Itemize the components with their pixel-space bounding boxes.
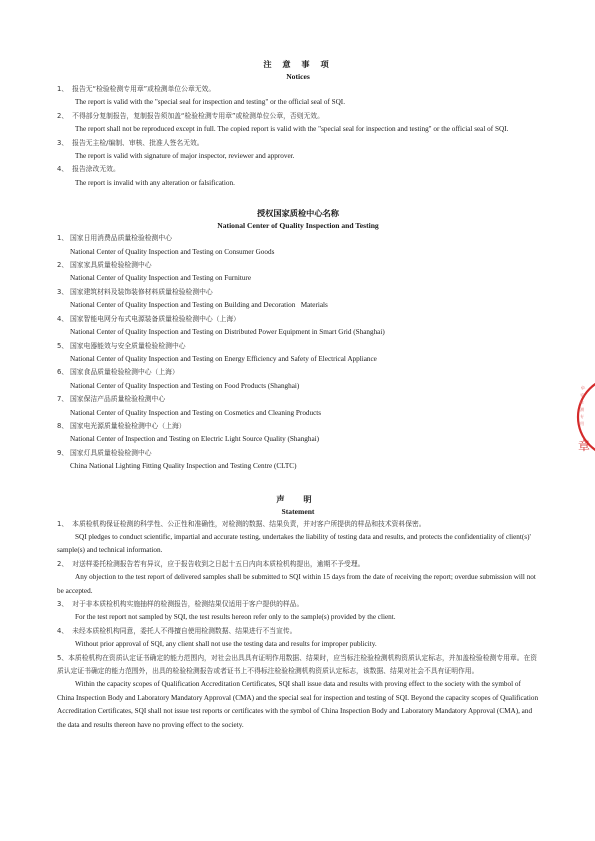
center-name-en: National Center of Quality Inspection an…	[57, 299, 539, 312]
statement-item: 5、本质检机构在资质认定证书确定的能力范围内，对社会出具具有证明作用数据、结果时…	[57, 652, 539, 732]
center-number: 1、	[57, 232, 70, 245]
statement-item: 4、 未经本质检机构同意，委托人不得擅自使用检测数据、结果进行不当宣传。 Wit…	[57, 625, 539, 652]
notices-section: 注 意 事 项 Notices 1、 报告无“检验检测专用章”或检测单位公章无效…	[57, 58, 539, 190]
center-item: 8、国家电光源质量检验检测中心（上海） National Center of I…	[57, 420, 539, 447]
section-spacer	[57, 190, 539, 207]
notice-text-cn: 报告无“检验检测专用章”或检测单位公章无效。	[72, 85, 215, 93]
notice-item: 2、 不得部分复制报告，复制报告须加盖“检验检测专用章”或检测单位公章，否则无效…	[57, 110, 539, 137]
statement-text-en: Any objection to the test report of deli…	[57, 571, 539, 598]
center-name-cn: 国家灯具质量检验检测中心	[70, 449, 152, 457]
center-number: 9、	[57, 447, 70, 460]
svg-text:用: 用	[580, 420, 584, 426]
statement-number: 3、	[57, 598, 70, 611]
center-number: 5、	[57, 340, 70, 353]
center-name-en: National Center of Quality Inspection an…	[57, 246, 539, 259]
center-item: 3、国家建筑材料及装饰装修材料质量检验检测中心 National Center …	[57, 286, 539, 313]
center-name-en: China National Lighting Fitting Quality …	[57, 460, 539, 473]
statement-text-en: For the test report not sampled by SQI, …	[57, 611, 539, 624]
center-item: 6、国家食品质量检验检测中心（上海） National Center of Qu…	[57, 366, 539, 393]
svg-text:验: 验	[579, 391, 585, 398]
section-spacer	[57, 474, 539, 493]
notice-text-en: The report shall not be reproduced excep…	[57, 123, 539, 136]
statement-number: 4、	[57, 625, 70, 638]
svg-text:测: 测	[580, 406, 584, 412]
statement-text-cn: 未经本质检机构同意，委托人不得擅自使用检测数据、结果进行不当宣传。	[72, 627, 296, 635]
center-name-cn: 国家日用消费品质量检验检测中心	[70, 234, 172, 242]
statement-text-en: SQI pledges to conduct scientific, impar…	[57, 531, 539, 558]
center-item: 7、国家保洁产品质量检验检测中心 National Center of Qual…	[57, 393, 539, 420]
center-item: 1、国家日用消费品质量检验检测中心 National Center of Qua…	[57, 232, 539, 259]
statement-text-en: Within the capacity scopes of Qualificat…	[57, 678, 539, 732]
center-number: 6、	[57, 366, 70, 379]
svg-text:检: 检	[579, 398, 584, 405]
center-name-en: National Center of Quality Inspection an…	[57, 326, 539, 339]
statement-section: 声 明 Statement 1、 本质检机构保证检测的科学性、公正性和准确性，对…	[57, 493, 539, 733]
center-name-en: National Center of Quality Inspection an…	[57, 407, 539, 420]
statement-text-cn: 对于非本质检机构实施抽样的检测报告，检测结果仅适用于客户提供的样品。	[72, 600, 303, 608]
notice-number: 2、	[57, 110, 70, 123]
notice-number: 3、	[57, 137, 70, 150]
center-name-cn: 国家家具质量检验检测中心	[70, 261, 152, 269]
statement-item: 1、 本质检机构保证检测的科学性、公正性和准确性，对检测的数据、结果负责，并对客…	[57, 518, 539, 558]
statement-text-en: Without prior approval of SQI, any clien…	[57, 638, 539, 651]
statement-text-cn: 本质检机构在资质认定证书确定的能力范围内，对社会出具具有证明作用数据、结果时，应…	[57, 654, 537, 675]
notice-item: 4、 报告涂改无效。 The report is invalid with an…	[57, 163, 539, 190]
seal-char: 章	[578, 438, 590, 453]
notice-text-cn: 不得部分复制报告，复制报告须加盖“检验检测专用章”或检测单位公章，否则无效。	[72, 112, 324, 120]
center-name-en: National Center of Quality Inspection an…	[57, 272, 539, 285]
statement-number: 2、	[57, 558, 70, 571]
center-item: 2、国家家具质量检验检测中心 National Center of Qualit…	[57, 259, 539, 286]
center-name-en: National Center of Inspection and Testin…	[57, 433, 539, 446]
center-name-cn: 国家智能电网分布式电源装备质量检验检测中心（上海）	[70, 315, 240, 323]
statement-text-cn: 对送样委托检测报告若有异议，应于报告收到之日起十五日内向本质检机构提出，逾期不予…	[72, 560, 364, 568]
statement-item: 2、 对送样委托检测报告若有异议，应于报告收到之日起十五日内向本质检机构提出，逾…	[57, 558, 539, 598]
center-number: 8、	[57, 420, 70, 433]
center-name-en: National Center of Quality Inspection an…	[57, 380, 539, 393]
center-item: 4、国家智能电网分布式电源装备质量检验检测中心（上海） National Cen…	[57, 313, 539, 340]
notice-item: 3、 报告无主检/编制、审核、批准人签名无效。 The report is va…	[57, 137, 539, 164]
statement-title-en: Statement	[57, 506, 539, 518]
center-number: 7、	[57, 393, 70, 406]
notice-text-cn: 报告无主检/编制、审核、批准人签名无效。	[72, 139, 203, 147]
centers-title-cn: 授权国家质检中心名称	[57, 207, 539, 220]
center-name-en: National Center of Quality Inspection an…	[57, 353, 539, 366]
svg-text:专: 专	[580, 413, 584, 419]
center-number: 3、	[57, 286, 70, 299]
center-name-cn: 国家电器能效与安全质量检验检测中心	[70, 342, 186, 350]
notice-number: 1、	[57, 83, 70, 96]
document-page: 注 意 事 项 Notices 1、 报告无“检验检测专用章”或检测单位公章无效…	[57, 58, 539, 732]
notices-title-en: Notices	[57, 71, 539, 83]
notice-text-en: The report is valid with the "special se…	[57, 96, 539, 109]
centers-section: 授权国家质检中心名称 National Center of Quality In…	[57, 207, 539, 473]
notice-item: 1、 报告无“检验检测专用章”或检测单位公章无效。 The report is …	[57, 83, 539, 110]
official-seal-stamp: 检 验 检 测 专 用 章	[576, 372, 595, 462]
centers-title-en: National Center of Quality Inspection an…	[57, 220, 539, 232]
center-name-cn: 国家食品质量检验检测中心（上海）	[70, 368, 179, 376]
center-name-cn: 国家建筑材料及装饰装修材料质量检验检测中心	[70, 288, 213, 296]
notice-text-en: The report is valid with signature of ma…	[57, 150, 539, 163]
statement-number: 1、	[57, 518, 70, 531]
center-item: 5、国家电器能效与安全质量检验检测中心 National Center of Q…	[57, 340, 539, 367]
center-name-cn: 国家保洁产品质量检验检测中心	[70, 395, 165, 403]
statement-item: 3、 对于非本质检机构实施抽样的检测报告，检测结果仅适用于客户提供的样品。 Fo…	[57, 598, 539, 625]
center-number: 2、	[57, 259, 70, 272]
center-item: 9、国家灯具质量检验检测中心 China National Lighting F…	[57, 447, 539, 474]
seal-icon: 检 验 检 测 专 用 章	[576, 372, 595, 462]
center-number: 4、	[57, 313, 70, 326]
statement-text-cn: 本质检机构保证检测的科学性、公正性和准确性，对检测的数据、结果负责，并对客户所提…	[72, 520, 425, 528]
notice-number: 4、	[57, 163, 70, 176]
svg-text:检: 检	[580, 384, 586, 391]
statement-title-cn: 声 明	[57, 493, 539, 506]
notices-title-cn: 注 意 事 项	[57, 58, 539, 71]
statement-number: 5、	[57, 654, 68, 662]
notice-text-en: The report is invalid with any alteratio…	[57, 177, 539, 190]
notice-text-cn: 报告涂改无效。	[72, 165, 120, 173]
center-name-cn: 国家电光源质量检验检测中心（上海）	[70, 422, 186, 430]
